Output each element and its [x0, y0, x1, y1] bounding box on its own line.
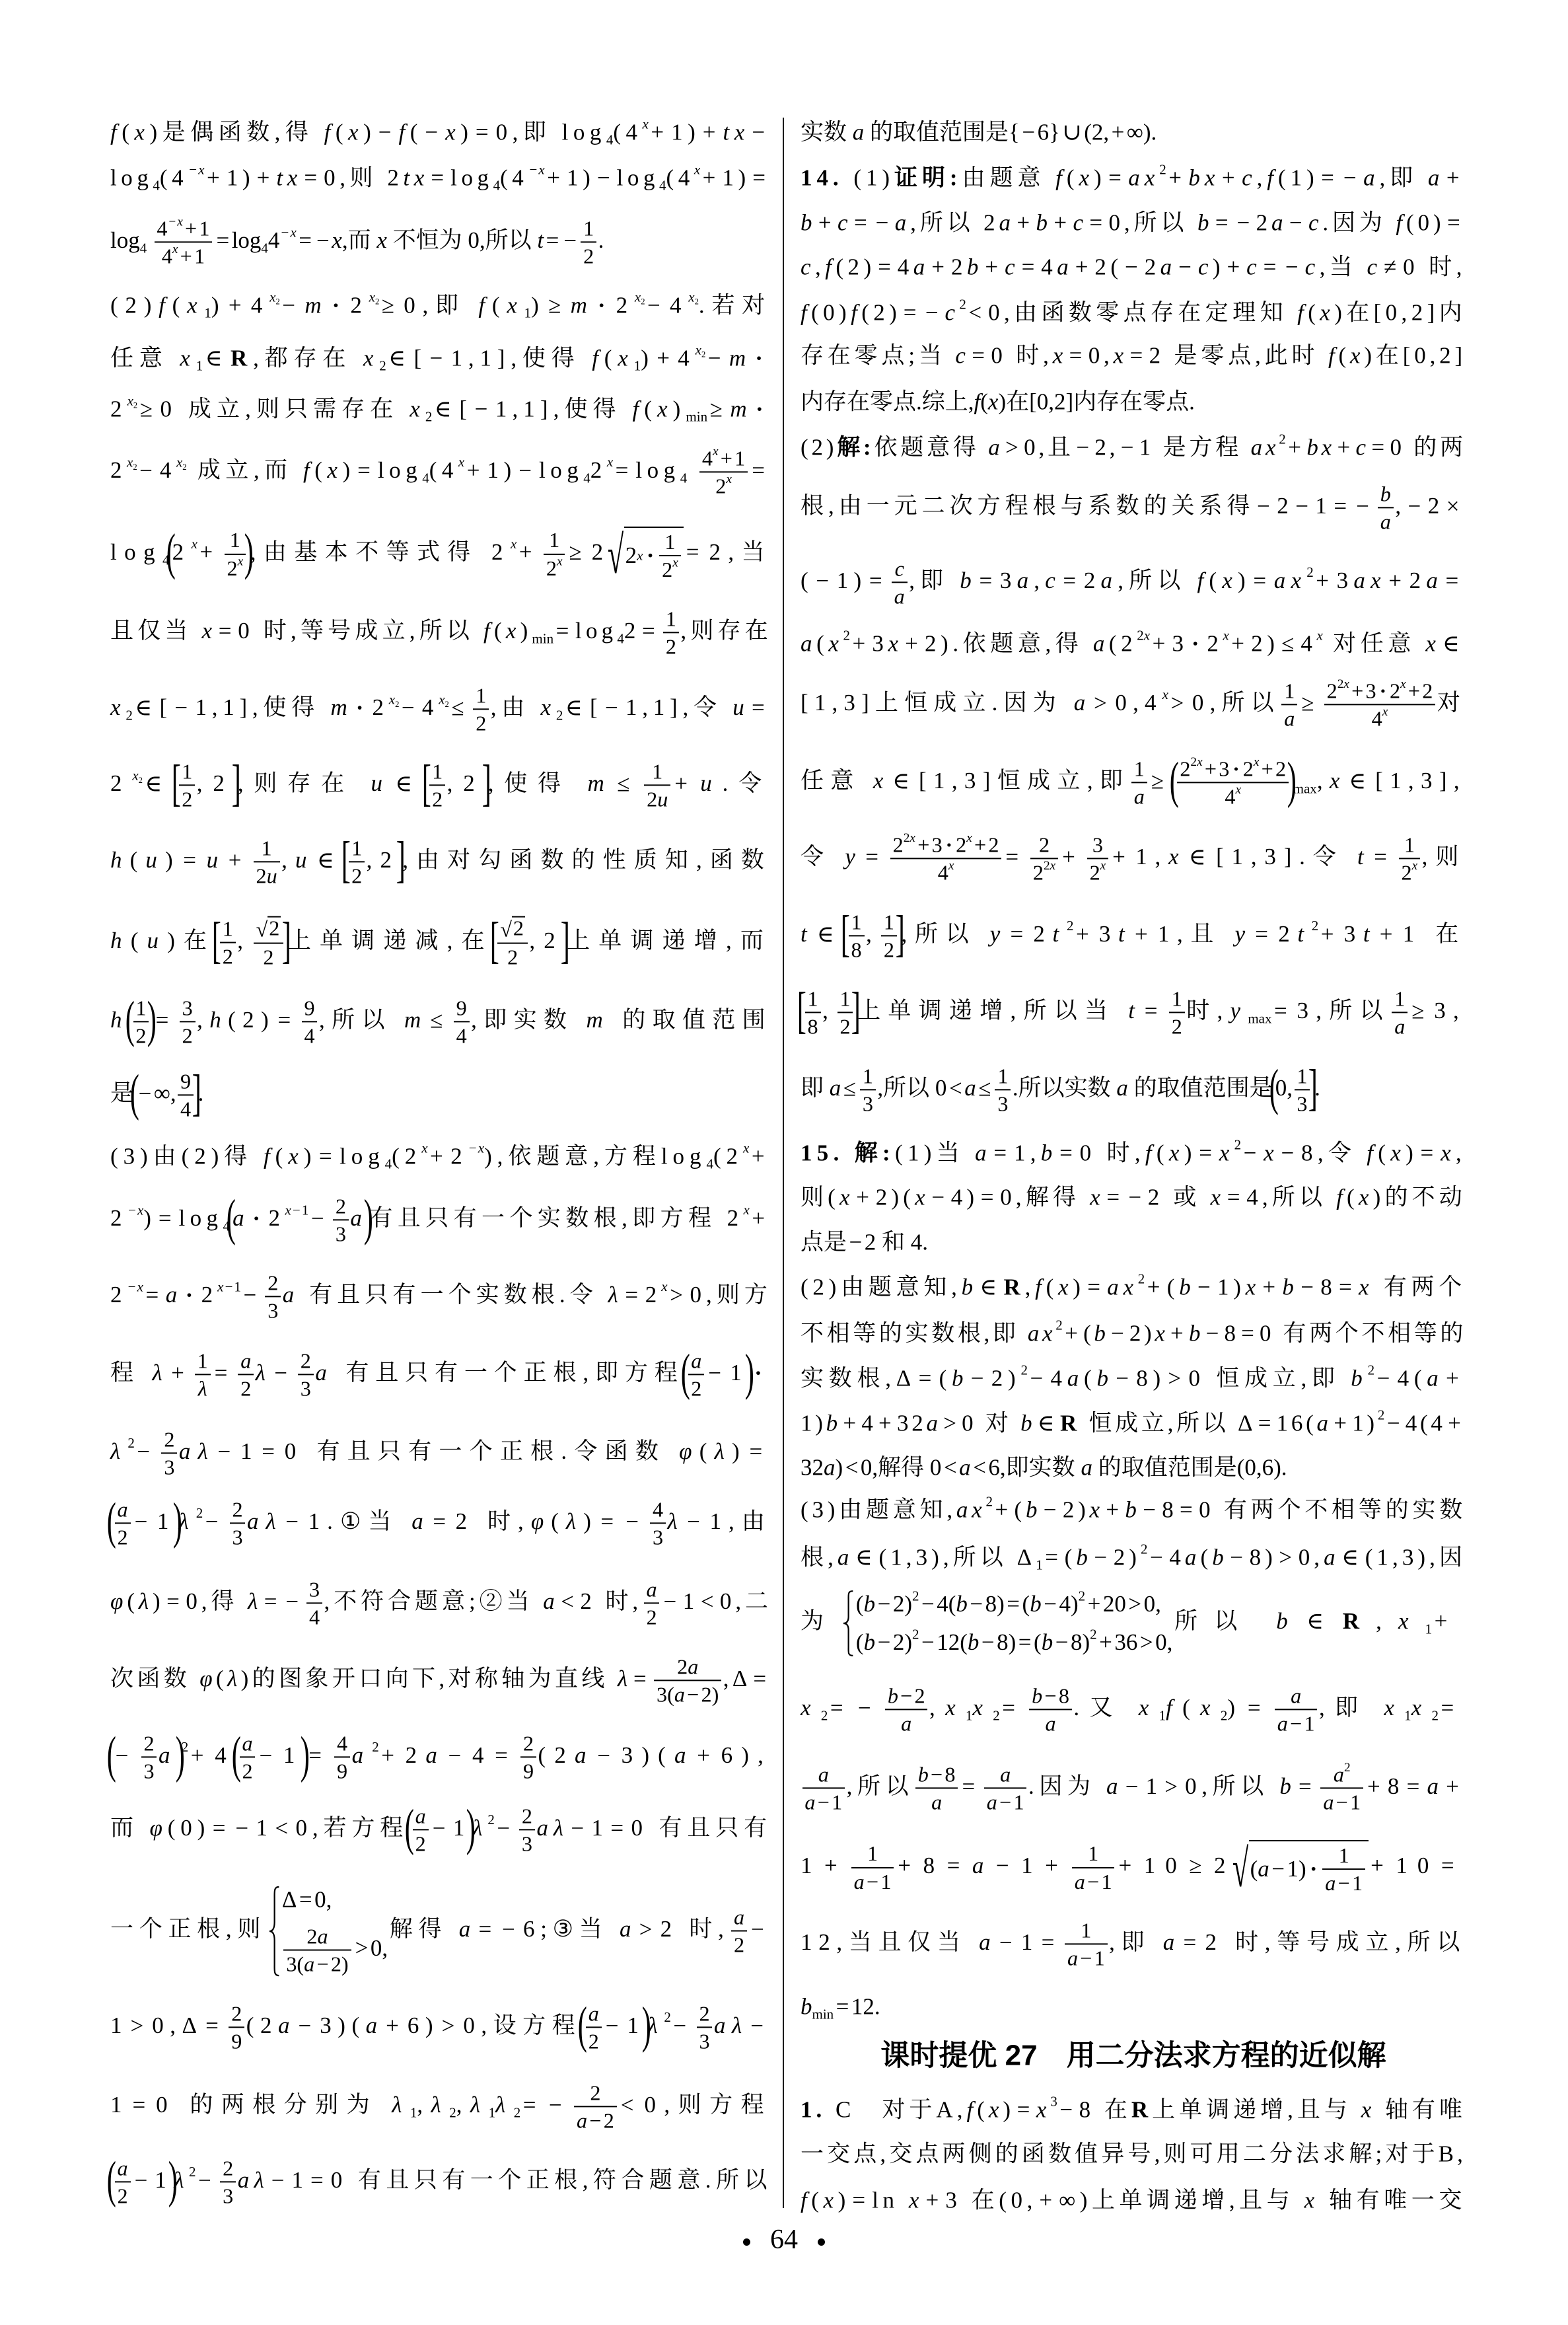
- math-variable: λ: [392, 2092, 410, 2118]
- bold-text: 解:: [837, 434, 874, 460]
- math-operator: −: [139, 457, 157, 483]
- denominator: 3: [995, 1091, 1011, 1117]
- math-variable: x: [1398, 1608, 1425, 1634]
- math-operator: ≤: [1281, 630, 1299, 656]
- text-line: 1+1a−1+8=a−1+1a−1+10≥2√(a−1)·1a−1+10=: [801, 1840, 1466, 1896]
- line-content: t∈[18,12],所以 y=2t2+3t+1,且 y=2t2+3t+1 在: [801, 910, 1466, 962]
- math-variable: a: [975, 1140, 991, 1165]
- denominator: 4: [306, 1604, 322, 1630]
- math-variable: x: [744, 1202, 750, 1218]
- fraction: 2a3(a−2): [283, 1924, 351, 1976]
- math-variable: x: [1400, 677, 1406, 691]
- math-operator: =: [556, 618, 573, 644]
- math-variable: λ: [495, 2092, 514, 2118]
- line-content: 实数 a 的取值范围是{−6}∪(2,+∞).: [801, 117, 1157, 147]
- big-delimiter: (: [130, 1068, 139, 1119]
- math-operator: =: [1017, 2096, 1034, 2122]
- math-operator: =: [1407, 1773, 1425, 1799]
- math-operator: −: [971, 1365, 989, 1391]
- math-operator: −: [244, 1282, 262, 1308]
- fraction: 32: [180, 996, 196, 1048]
- big-delimiter: (: [107, 1730, 116, 1781]
- math-variable: m: [571, 292, 594, 318]
- line-content: (3)由题意知,ax2+(b−2)x+b−8=0 有两个不相等的实数: [801, 1495, 1466, 1525]
- math-operator: =: [1334, 493, 1351, 519]
- text-line: 1)b+4+32a>0 对 b∈R 恒成立,所以 Δ=16(a+1)2−4(4+: [801, 1408, 1466, 1438]
- math-variable: x: [110, 694, 125, 720]
- fraction: 22x+3·2x+24x: [1177, 757, 1289, 809]
- math-operator: −: [135, 1508, 155, 1534]
- line-content: 14. (1)证明:由题意 f(x)=ax2+bx+c,f(1)=−a,即 a+: [801, 163, 1466, 193]
- math-variable: x: [801, 1695, 821, 1720]
- fraction: 94: [178, 1069, 194, 1121]
- math-variable: a: [118, 2156, 128, 2180]
- fraction: 1λ: [195, 1348, 211, 1401]
- math-operator: =: [1374, 844, 1395, 869]
- superscript: x2: [389, 691, 400, 707]
- math-operator: −: [970, 1591, 983, 1617]
- math-operator: −: [281, 224, 289, 240]
- math-operator: −: [900, 1683, 912, 1707]
- subscript: 2: [821, 1707, 828, 1723]
- numerator: 2: [265, 1271, 281, 1297]
- math-operator: ≠: [1384, 254, 1401, 279]
- denominator: a: [1392, 1014, 1408, 1039]
- superscript: x: [1400, 677, 1406, 691]
- denominator: a: [915, 1789, 958, 1815]
- math-variable: a: [415, 1804, 426, 1827]
- line-content: b+c=−a,所以 2a+b+c=0,所以 b=−2a−c.因为 f(0)=: [801, 207, 1466, 238]
- math-operator: +: [1088, 1591, 1101, 1617]
- math-variable: f: [851, 299, 861, 325]
- math-variable: x: [421, 1140, 427, 1156]
- math-operator: −: [198, 2167, 216, 2193]
- math-variable: x: [172, 242, 178, 256]
- column-divider: [783, 118, 784, 2208]
- math-operator: −: [1338, 1871, 1350, 1895]
- big-delimiter: ]: [561, 915, 570, 966]
- math-variable: b: [1351, 1365, 1367, 1391]
- case-row: (b−2)2−12(b−8)=(b−8)2+36>0,: [856, 1629, 1172, 1656]
- denominator: 2: [349, 863, 365, 889]
- math-variable: x: [445, 119, 460, 145]
- upright-text: log: [378, 457, 422, 483]
- math-variable: a: [1284, 707, 1295, 731]
- math-variable: x: [1058, 1274, 1073, 1300]
- math-operator: =: [299, 1886, 312, 1912]
- numerator: 2: [220, 2156, 236, 2182]
- subscript: 4: [606, 132, 614, 148]
- math-variable: t: [1297, 921, 1311, 947]
- superscript: 2: [1141, 1541, 1148, 1557]
- numerator: a: [115, 2156, 131, 2182]
- fraction: 1a: [1131, 757, 1147, 809]
- math-variable: c: [1305, 254, 1320, 279]
- math-operator: −: [931, 1184, 948, 1210]
- subscript: 4: [583, 470, 590, 486]
- math-operator: >: [1128, 1591, 1141, 1617]
- math-variable: bx: [1188, 165, 1219, 190]
- math-variable: a: [734, 1905, 744, 1929]
- math-variable: φ: [110, 1588, 127, 1614]
- denominator: 3(a−2): [654, 1681, 721, 1707]
- math-operator: ∈: [1038, 1410, 1058, 1436]
- math-operator: +: [1222, 165, 1240, 190]
- superscript: x: [643, 116, 649, 131]
- math-variable: c: [955, 342, 969, 368]
- math-operator: +: [191, 1742, 213, 1768]
- superscript: 2: [127, 1435, 135, 1451]
- text-line: 任意 x∈[1,3]恒成立,即1a≥(22x+3·2x+24x)max,x∈[1…: [801, 757, 1466, 809]
- fraction: a2: [238, 1348, 254, 1401]
- math-operator: −: [1343, 165, 1361, 190]
- math-variable: m: [588, 770, 615, 796]
- upright-text: log: [562, 119, 606, 145]
- math-variable: x: [180, 345, 196, 371]
- subscript: 1: [489, 2104, 496, 2120]
- fraction: aa−1: [1275, 1683, 1318, 1736]
- denominator: 2: [1169, 1014, 1185, 1039]
- numerator: 4−x+1: [155, 216, 213, 242]
- denominator: 2: [254, 943, 283, 969]
- math-operator: −: [647, 292, 668, 318]
- math-operator: =: [219, 618, 236, 644]
- math-operator: >: [1140, 1629, 1153, 1655]
- text-line: (−1)=ca,即 b=3a,c=2a,所以 f(x)=ax2+3ax+2a=: [801, 556, 1466, 609]
- math-operator: =: [1180, 1496, 1197, 1522]
- bold-text: 解:: [855, 1140, 895, 1165]
- subscript: 2: [1431, 1707, 1439, 1723]
- subscript: 1: [410, 2104, 417, 2120]
- math-variable: x: [1359, 1274, 1373, 1300]
- fraction: 4x+12x: [699, 446, 748, 498]
- math-operator: ∈: [435, 396, 457, 422]
- text-line: b+c=−a,所以 2a+b+c=0,所以 b=−2a−c.因为 f(0)=: [801, 207, 1466, 238]
- math-variable: a: [1323, 1790, 1334, 1814]
- math-variable: x: [1330, 768, 1347, 793]
- math-variable: f: [264, 1143, 275, 1169]
- math-operator: ≤: [430, 1007, 450, 1033]
- line-content: (−1)=ca,即 b=3a,c=2a,所以 f(x)=ax2+3ax+2a=: [801, 556, 1466, 609]
- big-delimiter: ]: [851, 985, 861, 1036]
- denominator: 2: [881, 937, 897, 963]
- numerator: 2: [1030, 832, 1058, 859]
- math-variable: c: [1308, 209, 1322, 235]
- math-variable: a: [854, 1870, 865, 1894]
- math-operator: −: [316, 227, 330, 253]
- fraction: 12: [349, 836, 365, 888]
- math-variable: m: [404, 1007, 428, 1033]
- math-variable: a: [1185, 1544, 1201, 1570]
- denominator: 2u: [644, 786, 670, 812]
- superscript: x: [607, 454, 613, 470]
- denominator: 2: [473, 710, 489, 736]
- numerator: 9: [178, 1069, 194, 1095]
- subscript: max: [1248, 1010, 1271, 1026]
- denominator: 3: [265, 1298, 281, 1323]
- text-line: 1=0 的两根分别为 λ1,λ2,λ1λ2=−2a−2<0,则方程: [110, 2081, 772, 2133]
- math-operator: +: [1435, 1608, 1464, 1634]
- math-variable: a: [166, 1282, 182, 1308]
- fraction: 22x+3·2x+24x: [1324, 679, 1436, 731]
- big-delimiter: ): [244, 527, 254, 577]
- subscript: 2: [449, 2104, 456, 2120]
- math-variable: λ: [715, 1438, 732, 1464]
- big-delimiter: ]: [1308, 1062, 1318, 1113]
- math-operator: −: [1116, 1365, 1134, 1391]
- math-operator: ∈: [855, 1544, 876, 1570]
- radical-sign-icon: √: [1232, 1840, 1248, 1896]
- math-operator: +: [905, 630, 922, 656]
- big-delimiter: ]: [396, 834, 406, 885]
- math-variable: x: [290, 224, 296, 240]
- text-line: (a2−1)λ2−23aλ−1.①当 a=2 时,φ(λ)=−43λ−1,由: [110, 1497, 772, 1549]
- line-content: h(u)=u+12u,u∈[12,2],由对勾函数的性质知,函数: [110, 836, 772, 888]
- math-operator: −: [1022, 119, 1035, 145]
- math-variable: a: [1380, 510, 1391, 534]
- numerator: 4x+1: [699, 446, 748, 472]
- line-content: 2x2∈[12,2],则存在 u∈[12,2],使得 m≤12u+u.令: [110, 759, 772, 811]
- math-variable: a: [674, 1742, 695, 1768]
- line-content: 15. 解:(1)当 a=1,b=0 时,f(x)=x2−x−8,令 f(x)=…: [801, 1138, 1466, 1168]
- fraction: 29: [520, 1731, 536, 1783]
- math-operator: +: [703, 119, 721, 145]
- math-variable: a: [575, 1742, 595, 1768]
- math-operator: =: [304, 165, 321, 190]
- superscript: x: [713, 445, 719, 459]
- math-operator: −: [1044, 1591, 1057, 1617]
- math-operator: =: [1215, 209, 1232, 235]
- math-operator: +: [1135, 921, 1155, 947]
- math-operator: −: [818, 1790, 830, 1814]
- math-variable: a: [242, 1731, 252, 1755]
- math-variable: x: [661, 1278, 667, 1294]
- math-operator: +: [926, 2187, 943, 2213]
- math-variable: a: [647, 1577, 657, 1601]
- math-variable: c: [1356, 434, 1369, 460]
- math-variable: x: [1223, 627, 1229, 643]
- math-operator: <: [944, 1454, 957, 1480]
- superscript: 3: [1050, 2093, 1057, 2109]
- line-content: 令 y=22x+3·2x+24x=222x+32x+1,x∈[1,3].令 t=…: [801, 832, 1466, 885]
- numerator: 1: [659, 530, 680, 556]
- math-variable: c: [895, 556, 904, 580]
- numerator: 2: [230, 1497, 246, 1524]
- math-variable: a: [853, 119, 865, 145]
- numerator: 1: [220, 916, 236, 943]
- fraction: 23: [697, 2001, 713, 2053]
- superscript: x: [743, 1140, 749, 1156]
- radicand: 2: [512, 916, 525, 940]
- math-variable: φ: [150, 1815, 168, 1841]
- superscript: x2: [127, 454, 137, 470]
- math-variable: x: [288, 1143, 304, 1169]
- upright-text: A: [936, 2096, 956, 2122]
- math-operator: −: [128, 1202, 136, 1218]
- math-variable: a: [1000, 1762, 1011, 1786]
- line-content: 1+1a−1+8=a−1+1a−1+10≥2√(a−1)·1a−1+10=: [801, 1840, 1466, 1896]
- fraction: 94: [302, 996, 318, 1048]
- big-delimiter: (: [166, 527, 176, 577]
- fraction: 23: [298, 1348, 314, 1401]
- line-content: 内存在零点.综上,f(x)在[0,2]内存在零点.: [801, 387, 1195, 417]
- math-operator: +: [207, 165, 224, 190]
- math-operator: +: [1099, 1629, 1112, 1655]
- math-variable: x: [1053, 342, 1067, 368]
- fraction: 12: [663, 607, 679, 659]
- math-variable: x: [1254, 755, 1260, 769]
- math-operator: −: [235, 1815, 254, 1841]
- math-variable: x: [1343, 677, 1349, 691]
- numerator: 1: [995, 1064, 1011, 1090]
- text-line: 是(−∞,94].: [110, 1069, 772, 1121]
- math-operator: −: [921, 1629, 935, 1655]
- math-variable: a: [543, 1588, 558, 1614]
- math-operator: −: [1178, 254, 1195, 279]
- denominator: 3: [519, 1831, 535, 1857]
- numerator: a: [240, 1731, 256, 1757]
- big-delimiter: (: [107, 1496, 116, 1547]
- line-content: 1)b+4+32a>0 对 b∈R 恒成立,所以 Δ=16(a+1)2−4(4+: [801, 1408, 1466, 1438]
- upright-text: min: [686, 409, 707, 425]
- text-line: 12,当且仅当 a−1=1a−1,即 a=2 时,等号成立,所以: [801, 1918, 1466, 1970]
- math-variable: b: [1026, 1496, 1041, 1522]
- denominator: a−1: [1320, 1789, 1363, 1815]
- math-variable: a: [1067, 1365, 1084, 1391]
- math-operator: +: [1168, 165, 1186, 190]
- denominator: 3: [220, 2183, 236, 2209]
- subscript: 4: [493, 178, 501, 194]
- math-variable: x: [966, 831, 972, 845]
- math-operator: ∈: [1349, 768, 1372, 793]
- denominator: 3: [697, 2028, 713, 2054]
- math-variable: a: [1427, 1773, 1443, 1799]
- numerator: 1: [881, 910, 897, 936]
- answer-1-line: 1. C 对于A,f(x)=x3−8 在R上单调递增,且与 x 轴有唯: [801, 2094, 1466, 2125]
- math-variable: a: [1106, 1773, 1123, 1799]
- superscript: 2x: [1044, 859, 1055, 873]
- math-operator: −: [225, 1278, 233, 1294]
- math-operator: −: [921, 1591, 935, 1617]
- line-content: 1=0 的两根分别为 λ1,λ2,λ1λ2=−2a−2<0,则方程: [110, 2081, 772, 2133]
- math-operator: =: [433, 1508, 453, 1534]
- math-variable: a: [1093, 630, 1109, 656]
- math-variable: x: [695, 342, 701, 357]
- subscript: 2: [425, 409, 433, 425]
- math-variable: x: [909, 831, 915, 845]
- superscript: x: [172, 242, 178, 256]
- math-variable: a: [1057, 254, 1073, 279]
- denominator: 2: [240, 1758, 256, 1784]
- math-operator: −: [563, 227, 577, 253]
- math-operator: =: [972, 342, 989, 368]
- math-variable: x: [972, 1695, 993, 1720]
- math-variable: a: [824, 1454, 836, 1480]
- math-operator: −: [981, 1629, 995, 1655]
- line-content: aa−1,所以b−8a=aa−1.因为 a−1>0,所以 b=a2a−1+8=a…: [801, 1762, 1466, 1814]
- fraction: 12: [581, 216, 596, 268]
- text-line: f(x)=ln x+3 在(0,+∞)上单调递增,且与 x 轴有唯一交: [801, 2185, 1466, 2215]
- math-operator: ≥: [1151, 768, 1171, 793]
- math-operator: =: [159, 1205, 176, 1231]
- upright-text: max: [1293, 780, 1317, 796]
- line-content: h(u)在[12,√22]上单调递减,在[√22,2]上单调递增,而: [110, 916, 772, 970]
- math-operator: ∈: [892, 768, 916, 793]
- subscript: 4: [680, 470, 688, 486]
- superscript: x: [1100, 859, 1106, 873]
- math-variable: f: [632, 396, 644, 422]
- math-variable: y: [1235, 921, 1253, 947]
- numerator: 1: [1399, 832, 1420, 859]
- math-operator: +: [1076, 921, 1096, 947]
- answer-page: { "page": { "number": "64" }, "left_colu…: [0, 0, 1568, 2325]
- math-operator: +: [878, 1410, 894, 1436]
- math-variable: h: [110, 928, 131, 953]
- math-operator: <: [621, 2092, 642, 2118]
- text-line: 不相等的实数根,即 ax2+(b−2)x+b−8=0 有两个不相等的: [801, 1318, 1466, 1348]
- numerator: 3: [306, 1577, 322, 1604]
- math-variable: a: [1258, 1857, 1269, 1882]
- big-delimiter: ): [1287, 755, 1297, 806]
- math-operator: ∈: [135, 694, 157, 720]
- math-operator: =: [1274, 998, 1295, 1023]
- math-operator: +: [1337, 434, 1354, 460]
- math-operator: +: [1106, 1496, 1123, 1522]
- math-operator: −: [625, 1508, 646, 1534]
- math-variable: m: [729, 345, 752, 371]
- superscript: −x: [168, 215, 183, 229]
- superscript: x: [948, 859, 954, 873]
- math-operator: −: [1125, 1773, 1143, 1799]
- section-heading: 课时提优 27 用二分法求方程的近似解: [801, 2039, 1466, 2074]
- text-line: (2)解:依题意得 a>0,且−2,−1 是方程 ax2+bx+c=0 的两: [801, 432, 1466, 462]
- math-operator: −: [1377, 1365, 1396, 1391]
- big-delimiter: ): [301, 1730, 310, 1781]
- math-variable: b: [1032, 1683, 1042, 1707]
- denominator: 3(a−2): [283, 1951, 351, 1977]
- math-variable: x: [1246, 1274, 1260, 1300]
- math-variable: ax: [1028, 1320, 1055, 1346]
- subscript: 2: [133, 462, 137, 472]
- math-operator: ×: [1446, 493, 1464, 519]
- denominator: 4x: [1324, 706, 1436, 731]
- math-variable: t: [1357, 844, 1372, 869]
- subscript: 1: [1425, 1621, 1433, 1637]
- subscript: 4: [659, 178, 666, 194]
- denominator: 4x+1: [155, 243, 213, 269]
- subscript: min: [686, 409, 707, 425]
- math-variable: a: [1046, 1712, 1056, 1736]
- subscript: 2: [695, 297, 699, 307]
- denominator: 3: [230, 1524, 246, 1550]
- numerator: a: [731, 1905, 747, 1931]
- numerator: a: [984, 1762, 1027, 1789]
- superscript: x2: [439, 691, 449, 707]
- math-operator: =: [278, 1007, 298, 1033]
- big-delimiter: ): [147, 994, 157, 1045]
- math-operator: +: [1367, 1773, 1385, 1799]
- math-variable: f: [399, 119, 410, 145]
- superscript: 2: [986, 1493, 993, 1509]
- math-operator: −: [205, 1508, 226, 1534]
- math-variable: b: [826, 1410, 841, 1436]
- math-operator: +: [1062, 844, 1083, 869]
- numerator: 1: [349, 836, 365, 862]
- superscript: x: [1382, 705, 1388, 719]
- fraction: ba: [1378, 482, 1394, 534]
- math-variable: x: [713, 445, 719, 459]
- denominator: 3: [161, 1454, 177, 1480]
